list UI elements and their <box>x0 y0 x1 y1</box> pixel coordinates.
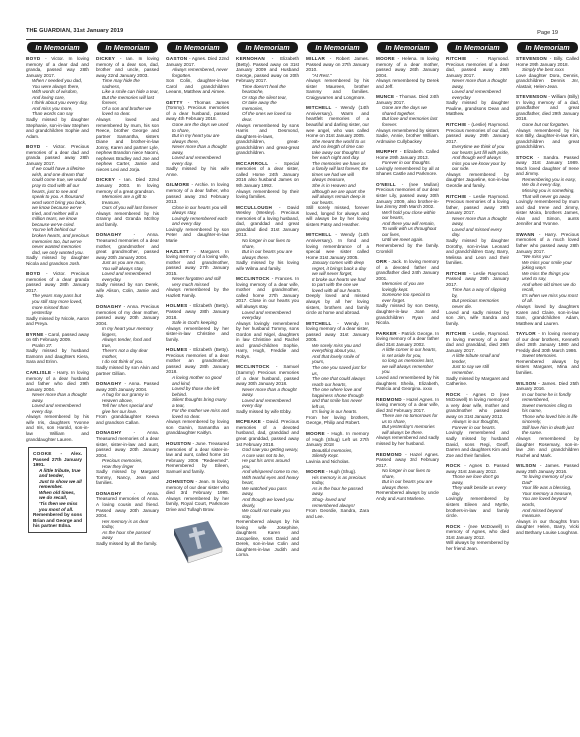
notice-surname: RITCHIE <box>446 56 466 61</box>
notice-signoff: Always remembered by her sister-in-law C… <box>166 326 229 343</box>
notice-surname: DONAGHY <box>96 491 122 496</box>
notice-signoff: From Geordie, Sandra, Zara and Lee. <box>306 508 369 519</box>
notice-signoff: Always in our thoughts from daughter Hel… <box>516 519 579 536</box>
notice-surname: HOUSTON <box>166 441 191 446</box>
notice-signoff: Remembered by the family. Cromkill <box>376 243 439 254</box>
notice-text: - Jean. In loving memory of our dear sis… <box>166 479 229 512</box>
notice-signoff: Always remembered and sadly missed by he… <box>376 435 439 446</box>
notice-signoff: Sadly missed by his loving wife Wilma an… <box>236 260 299 271</box>
notice-verse: Remembering you is easy, We do it every … <box>516 177 579 199</box>
notice-surname: MUNCE <box>376 94 394 99</box>
page-number: Page 19 <box>537 30 558 36</box>
notice-signoff: Sadly missed by Margaret Tommy, Nancy, J… <box>96 469 159 486</box>
memoriam-notice: DONAGHY - Anna. Treasured memories of An… <box>96 491 159 546</box>
notice-verse: No longer in our lives to share, But in … <box>376 468 439 490</box>
memoriam-notice: RITCHIE - (Leslie) Raymond. Precious mem… <box>446 122 509 189</box>
section-header: In Memoriam <box>97 42 158 53</box>
notice-verse: Time doesn't heal the heartache, Or stop… <box>236 84 299 123</box>
notice-verse: She meant the world to us and no length … <box>306 139 369 206</box>
notice-signoff: Always remembered by their loving famili… <box>236 189 299 200</box>
notice-signoff: Always remembered by his son Billy, daug… <box>516 128 579 150</box>
memoriam-notice: STEVENSON - William (Billy) In loving me… <box>516 94 579 149</box>
memoriam-notice: ROCK - Agnes D (nee McDowell) In loving … <box>446 392 509 459</box>
memoriam-notice: BOYD - Victor. In loving memory of a dea… <box>26 56 89 139</box>
memoriam-notice: WILSON - James. Passed away 25th January… <box>516 463 579 535</box>
section-header: In Memoriam <box>377 42 438 53</box>
notice-verse: A hug for our granny in Heaven above, Te… <box>96 392 159 414</box>
notice-signoff: Love daughter Dora, Dennis, grandchildre… <box>516 73 579 90</box>
notice-verse: Everytime we think of you our hearts jus… <box>446 144 509 172</box>
memoriam-notice: MITCHELL - Wendy. In loving memory of a … <box>306 321 369 426</box>
memoriam-notice: MOORE - Helena. In loving memory of a de… <box>376 56 439 89</box>
notice-signoff: Always remembered by daughter Jaqueline,… <box>446 172 509 189</box>
notice-text: - Wendy (14th Anniversary). Warm and hea… <box>306 105 369 138</box>
notice-signoff: Sadly missed by son Alvin and partner Gi… <box>96 365 159 376</box>
notice-surname: CARLISLE <box>26 370 51 375</box>
notice-surname: MCCARROLL <box>236 161 268 166</box>
notice-text: - June. Treasured memories of a dear sis… <box>166 441 229 474</box>
notice-surname: DICKEY <box>96 56 115 61</box>
memoriam-notice: CARLISLE - Harry. In loving memory of a … <box>26 370 89 442</box>
section-header: In Memoriam <box>27 42 88 53</box>
notice-surname: STEVENSON <box>516 56 547 61</box>
memoriam-notice: PARKER - Patrick George. In loving memor… <box>376 331 439 392</box>
notice-surname: BOYD <box>26 144 40 149</box>
notice-verse: If we could have a lifetime wish, and on… <box>26 166 89 255</box>
notice-surname: HAZLETT <box>166 249 189 254</box>
notice-surname: REDMOND <box>376 397 402 402</box>
notice-surname: REDMOND <box>376 452 402 457</box>
notice-surname: DONAGHY <box>96 381 122 386</box>
notice-signoff: Sadly missed by son Dessy, daughter-in-l… <box>376 303 439 325</box>
notice-signoff: Sadly missed by daughter Dorothy, son-in… <box>446 238 509 266</box>
column-5: In MemoriamMILLAR - Robert James. Passed… <box>306 42 369 732</box>
notice-signoff: Sadly missed by Nicole, Aaron and Preya. <box>26 316 89 327</box>
notice-signoff: Sadly missed by Margaret and Catherine. <box>446 376 509 387</box>
memoriam-notice: REDMOND - Hazel Agnes. Passed away 3rd F… <box>376 452 439 502</box>
notice-verse: No longer in our lives to share, But in … <box>236 238 299 260</box>
notice-verse: Time has a way of slipping by, But preci… <box>446 287 509 309</box>
notice-surname: MITCHELL <box>306 321 332 326</box>
notice-signoff: Lovingly remembered by sisters Eileen an… <box>446 496 509 518</box>
notice-verse: Never more than a thought away, Loved an… <box>446 78 509 100</box>
notice-verse: We sorely miss you and everything about … <box>306 343 369 415</box>
notice-surname: JOHNSTON <box>166 479 194 484</box>
column-1: In MemoriamBOYD - Victor. In loving memo… <box>26 42 89 732</box>
notice-signoff: Lovingly remembered by son Peter and dau… <box>166 227 229 244</box>
notice-surname: MOORE <box>306 431 325 436</box>
notice-verse: Close in our hearts you will always stay… <box>166 205 229 227</box>
section-header: In Memoriam <box>237 42 298 53</box>
notice-surname: HOLMES <box>166 303 187 308</box>
notice-signoff: Sadly missed by daughter Stephanie, son-… <box>26 117 89 139</box>
notice-surname: PARKER <box>376 331 397 336</box>
notice-verse: "In loving memory of you Dad" Your life … <box>516 474 579 518</box>
notice-surname: ROCK <box>446 392 461 397</box>
memoriam-notice: ORR - Jack. In loving memory of a devote… <box>376 259 439 326</box>
memoriam-notice: JOHNSTON - Jean. In loving memory of our… <box>166 479 229 512</box>
notice-signoff: Lovingly remembered by all at Shanes Cas… <box>376 166 439 177</box>
column-4: In MemoriamKERNOHAN - Elizabeth (Betty).… <box>236 42 299 732</box>
notice-signoff: Always remembered by the Hazlett Family. <box>166 287 229 298</box>
memoriam-notice: MITCHELL - Wendy (14th Anniversary). In … <box>306 232 369 315</box>
memoriam-notice: MCCULLOUGH - David Wesley (Wesley). Prec… <box>236 205 299 272</box>
section-header: In Memoriam <box>167 42 228 53</box>
memoriam-notice: STEVENSON - Billy. Called Home 29th Janu… <box>516 56 579 89</box>
notice-signoff: From granddaughter Keeva and grandson Ca… <box>96 414 159 425</box>
notice-signoff: Always remembered by his sister Maureen,… <box>306 78 369 100</box>
column-6: In MemoriamMOORE - Helena. In loving mem… <box>376 42 439 732</box>
notice-signoff: From her loving brothers, George, Philip… <box>306 415 369 426</box>
notice-verse: When I needed you dad, You were always t… <box>26 78 89 117</box>
notice-signoff: Always remembered by his Granny and Gran… <box>96 211 159 228</box>
column-7: In MemoriamRITCHIE - Raymond. Precious m… <box>446 42 509 732</box>
memoriam-notice: SWANN - Harry. Precious memories of a mu… <box>516 232 579 326</box>
memoriam-notice: MCPEAKE - David. Precious memories of a … <box>236 419 299 558</box>
memoriam-notice: MOORE - Hugh (Shug).His memory is as pre… <box>306 469 369 519</box>
memoriam-notice: HAZLETT - Margaret. In loving memory of … <box>166 249 229 299</box>
notice-verse: Her memory is as dear today, As the hour… <box>96 519 159 541</box>
notice-surname: GETTY <box>166 100 183 105</box>
bible-cross-icon <box>168 519 226 567</box>
notice-verse: Always remembered, never forgotten. <box>166 67 229 78</box>
notice-verse: A little corner in our hearts, is set as… <box>376 347 439 375</box>
notice-signoff: Always remembered by Derek and Jeff. <box>376 78 439 89</box>
section-header: In Memoriam <box>307 42 368 53</box>
notice-surname: RITCHIE <box>446 331 466 336</box>
notice-verse: Just as you are mum, You will always sta… <box>96 260 159 282</box>
notice-surname: SWANN <box>516 232 535 237</box>
notice-signoff: Sadly missed by wife Ebby. <box>236 409 299 415</box>
notice-surname: WILSON <box>516 381 536 386</box>
notice-surname: MOORE <box>376 56 395 61</box>
notice-signoff: Always remembered by daughter Rosemary, … <box>516 436 579 458</box>
notice-signoff: Always remembered by sons Harris and Des… <box>236 123 299 156</box>
notice-verse: "We miss you" We miss your smile your jo… <box>516 254 579 304</box>
notice-verse: The years may pass but you still stay mo… <box>26 293 89 315</box>
notice-surname: MOORE <box>306 469 325 474</box>
memoriam-notice: RITCHIE - Leslie, Raymond. In loving mem… <box>446 331 509 386</box>
notice-verse: God saw you getting weary, A cure was no… <box>236 447 299 519</box>
notice-surname: MCCLINTOCK <box>236 364 270 369</box>
notice-signoff: Sadly missed by his wife Anne. <box>166 166 229 177</box>
notice-text: - David Wesley (Wesley). Precious memori… <box>236 205 299 238</box>
memoriam-notice: MCCLINTOCK - Samuel (Sammy) Precious mem… <box>236 364 299 414</box>
notice-signoff: Remembered always by sisters Margaret, M… <box>516 359 579 376</box>
notice-verse: Never more than a thought away, Loved an… <box>446 216 509 238</box>
notice-signoff: Loved and remembered by his daughters Sh… <box>376 375 439 392</box>
notice-signoff: Sadly missed by husband Eamonn and daugh… <box>26 348 89 365</box>
notice-surname: RITCHIE <box>446 194 466 199</box>
masthead: THE GUARDIAN, 31st January 2019 Page 19 <box>26 27 558 40</box>
notice-signoff: Always loved by daughters Karen and Clai… <box>516 304 579 326</box>
memoriam-notice: DICKEY - Ian. Died 22nd January 2003. In… <box>96 177 159 227</box>
notice-verse: A loving mother so good and kind, Loved … <box>166 375 229 419</box>
notice-surname: RITCHIE <box>446 122 466 127</box>
memoriam-notice: MUNCE - Thomas. Died 24th January 2017.G… <box>376 94 439 144</box>
notice-surname: MCCULLOUGH <box>236 205 272 210</box>
notice-signoff: Sadly missed by daughter Nicola and gran… <box>26 255 89 266</box>
notice-surname: MCPEAKE <box>236 419 261 424</box>
notice-surname: COOKE <box>33 451 52 456</box>
notice-signoff: Lovingly remembered by mum and dad Irene… <box>516 199 579 227</box>
memoriam-notice: GETTY - Thomas James (Tommy). Precious m… <box>166 100 229 178</box>
notice-signoff: Lavinia and Nicholas. <box>306 459 369 465</box>
newspaper-title: THE GUARDIAN, 31st January 2019 <box>26 28 123 34</box>
notice-surname: WILSON <box>516 463 536 468</box>
memoriam-notice: GASTON - Agnes. Died 22nd January 2017.A… <box>166 56 229 95</box>
notice-signoff: Always loved and remembered by mum, his … <box>96 117 159 172</box>
memoriam-notice: MILLAR - Robert James. Passed away on 27… <box>306 56 369 100</box>
notice-signoff: Always remembered by his wife Iris, daug… <box>26 414 89 442</box>
notice-surname: MITCHELL <box>306 232 332 237</box>
memoriam-notice: BYRNE - Carol, passed away on 6th Februa… <box>26 332 89 365</box>
notice-verse: Never forgotten and still very much miss… <box>166 276 229 287</box>
notice-verse: Those we love don't go away, They walk b… <box>446 474 509 496</box>
notice-surname: DONAGHY <box>96 430 122 435</box>
notice-verse: There are no tomorrows for us to share, … <box>376 413 439 435</box>
notice-verse: We'll hold you close within our hearts, … <box>376 210 439 243</box>
notice-surname: STOCK <box>516 155 534 160</box>
notice-verse: Precious memories, How they linger <box>96 458 159 469</box>
memoriam-notice: RITCHIE - Leslie Raymond. Passed away 29… <box>446 271 509 326</box>
notice-verse: Beautiful memories, Silently Kept. <box>306 448 369 459</box>
notice-surname: BOYD <box>26 271 40 276</box>
notice-surname: MILLAR <box>306 56 325 61</box>
notice-surname: DICKEY <box>96 177 115 182</box>
memoriam-notice: HOUSTON - June. Treasured memories of a … <box>166 441 229 474</box>
notice-surname: MURPHY <box>376 149 398 154</box>
notice-surname: ROCK <box>446 463 461 468</box>
notice-surname: BOYD <box>26 56 40 61</box>
notice-surname: TAYLOR <box>516 331 536 336</box>
memoriam-columns: In MemoriamBOYD - Victor. In loving memo… <box>26 42 560 732</box>
column-3: In MemoriamGASTON - Agnes. Died 22nd Jan… <box>166 42 229 732</box>
memoriam-notice: WILSON - James. Died 25th January 2016.I… <box>516 381 579 459</box>
memoriam-notice: ROCK - (nee McDowell) In memory of Agnes… <box>446 524 509 552</box>
notice-verse: Never more than a thought away. Loved an… <box>26 392 89 414</box>
memoriam-notice: BOYD - Victor. Precious memories of a de… <box>26 144 89 266</box>
notice-signoff: Sadly missed by son Derek, wife Alison, … <box>96 282 159 299</box>
notice-surname: RITCHIE <box>446 271 466 276</box>
notice-verse: Memories of you are lovingly kept. Someo… <box>376 281 439 303</box>
memoriam-notice: KERNOHAN - Elizabeth (Betty). Passed awa… <box>236 56 299 156</box>
notice-signoff: Will always by remembered by her friend … <box>446 540 509 551</box>
notice-verse: Always in our thoughts, Forever in our h… <box>446 419 509 430</box>
memoriam-notice: STOCK - Sandra. Passed away 31st January… <box>516 155 579 227</box>
notice-surname: HOLMES <box>166 347 187 352</box>
column-8: In MemoriamSTEVENSON - Billy. Called Hom… <box>516 42 579 732</box>
boxed-notice: COOKE - Alex. Passed 27th January 1991.A… <box>28 447 87 533</box>
notice-verse: A little tribute, true and tender, Just … <box>33 468 82 512</box>
notice-verse: Gone are the days we used to share, But … <box>166 122 229 166</box>
notice-surname: ORR <box>376 259 387 264</box>
section-header: In Memoriam <box>447 42 508 53</box>
notice-verse: His memory is as precious today, As in t… <box>306 475 369 508</box>
notice-signoff: Remembered by sons Brian and George and … <box>33 512 82 529</box>
notice-surname: MCCLINTOCK <box>236 276 270 281</box>
memoriam-notice: DICKEY - Ian. In loving memory of a dear… <box>96 56 159 172</box>
notice-surname: STEVENSON <box>516 94 547 99</box>
memoriam-notice: DONAGHY - Anna. Passed away 20th January… <box>96 381 159 425</box>
notice-signoff: Deeply loved and missed always by all he… <box>306 293 369 315</box>
memoriam-notice: HOLMES - Elizabeth (Betty). Passed away … <box>166 303 229 342</box>
notice-signoff: Always remembered by loving son Garvin, … <box>166 419 229 436</box>
memoriam-notice: BOYD - Victor. Precious memories of a de… <box>26 271 89 326</box>
notice-surname: ROCK <box>446 524 461 529</box>
notice-surname: BYRNE <box>26 332 44 337</box>
notice-verse: Loved and remembered everyday. <box>236 310 299 321</box>
memoriam-notice: MCCLINTOCK - Frances. In loving memory o… <box>236 276 299 359</box>
notice-verse: In my heart your memory lingers, Always … <box>96 326 159 365</box>
notice-signoff: Lovingly remembered and sadly missed by … <box>446 430 509 458</box>
notice-surname: MITCHELL <box>306 105 332 110</box>
notice-verse: Time may hide the sadness, Like a smile … <box>96 78 159 117</box>
memoriam-notice: TAYLOR - In loving memory of our dear br… <box>516 331 579 375</box>
column-2: In MemoriamDICKEY - Ian. In loving memor… <box>96 42 159 732</box>
notice-surname: DONAGHY <box>96 304 122 309</box>
memoriam-notice: MCCARROLL - Special memories of a dear s… <box>236 161 299 200</box>
notice-surname: GILMORE <box>166 182 190 187</box>
section-header: In Memoriam <box>517 42 578 53</box>
memoriam-notice: O'NEILL - (nee Mullan) Precious memories… <box>376 182 439 254</box>
notice-verse: Never more than a thought away. Loved an… <box>236 387 299 409</box>
memoriam-notice: HOLMES - Elizabeth (Betty). Precious mem… <box>166 347 229 436</box>
notice-verse: Gone are the days we shared together. Bu… <box>376 105 439 127</box>
notice-signoff: Always remembered by sisters Sadie, Anni… <box>376 128 439 145</box>
notice-signoff: Sadly missed by daughter Pauline, grands… <box>446 100 509 117</box>
notice-surname: GASTON <box>166 56 187 61</box>
notice-verse: January comes with deep regret, it bring… <box>306 260 369 293</box>
notice-text: - Frances. In loving memory of a dear wi… <box>236 276 299 309</box>
notice-verse: Memories are a gift to treasure, Ours of… <box>96 194 159 211</box>
memoriam-notice: MITCHELL - Wendy (14th Anniversary). War… <box>306 105 369 227</box>
notice-text: - Hugh (Shug). <box>325 469 356 474</box>
memoriam-notice: GILMORE - Archie. In loving memory of a … <box>166 182 229 243</box>
memoriam-notice: DONAGHY - Anna. Treasured memories of a … <box>96 430 159 485</box>
memoriam-notice: DONAGHY - Anna. Precious memories of my … <box>96 304 159 376</box>
notice-signoff: Remembered always by his loving wife Jos… <box>236 519 299 558</box>
notice-signoff: Still sorely missed, forever loved, long… <box>306 205 369 227</box>
notice-surname: DONAGHY <box>96 232 122 237</box>
notice-surname: KERNOHAN <box>236 56 265 61</box>
notice-verse: In our home he is fondly remembered, Swe… <box>516 392 579 436</box>
memoriam-notice: ROCK - Agnes D. Passed away 31st January… <box>446 463 509 518</box>
memoriam-notice: REDMOND - Hazel Agnes. In loving memory … <box>376 397 439 447</box>
notice-surname: O'NEILL <box>376 182 396 187</box>
memoriam-notice: RITCHIE - Leslie Raymond. Precious memor… <box>446 194 509 266</box>
notice-signoff: Son Colin, daughter-in-law Carol and gra… <box>166 78 229 95</box>
memoriam-notice: MOORE - Hugh. In memory of Hugh (Shug) L… <box>306 431 369 464</box>
notice-signoff: Sadly missed by all the family. <box>96 541 159 547</box>
notice-signoff: Always lovingly remembered by her husban… <box>236 321 299 360</box>
notice-signoff: Loved and sadly missed by son Jim, wife … <box>446 310 509 327</box>
memoriam-notice: DONAGHY - Anna. Treasured memories of a … <box>96 232 159 299</box>
memoriam-notice: RITCHIE - Raymond. Precious memories of … <box>446 56 509 117</box>
memoriam-notice: MURPHY - Elizabeth. Called Home 29th Jan… <box>376 149 439 177</box>
notice-signoff: Remembered always by uncle Andy and Aunt… <box>376 490 439 501</box>
notice-verse: A little tribute small and tender, Just … <box>446 353 509 375</box>
